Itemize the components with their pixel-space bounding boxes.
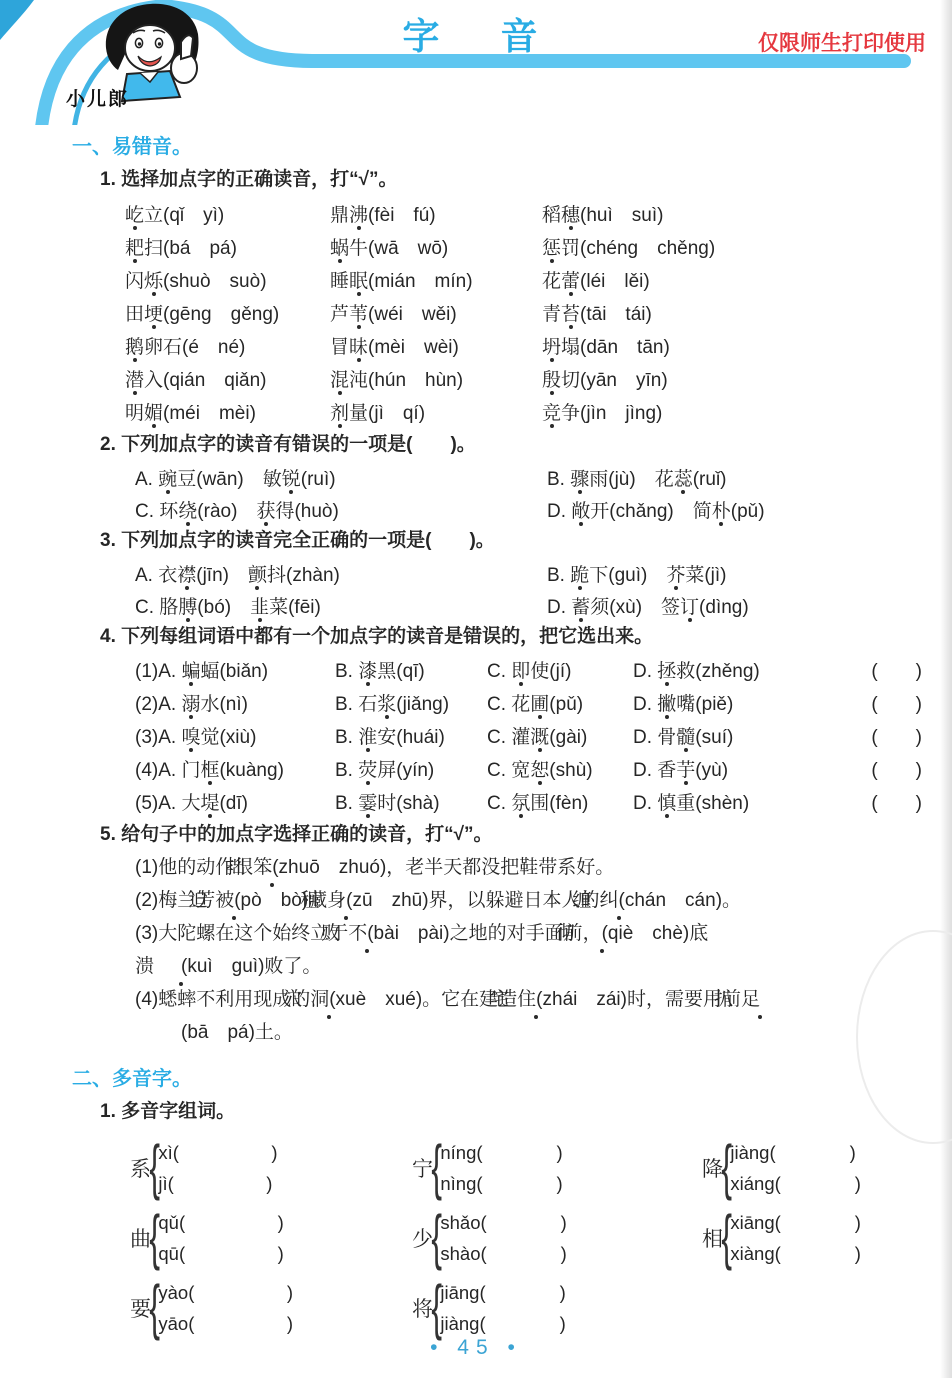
- dotted-char: 殷: [542, 365, 561, 392]
- dotted-char: 朴: [712, 496, 731, 523]
- q4-row: (1)A. 蝙蝠(biǎn) B. 漆黑(qī) C. 即使(jí) D. 拯救…: [135, 653, 922, 686]
- word-item: 坍塌(dān tān): [542, 332, 922, 359]
- option-item: A. 衣襟(jīn) 颤抖(zhàn): [135, 560, 547, 587]
- dotted-char: 撇: [657, 689, 676, 716]
- q4-option-d: D. 骨髓(suí): [633, 722, 850, 749]
- answer-blank: ( ): [850, 722, 922, 749]
- dotted-char: 霎: [358, 788, 377, 815]
- dotted-char: 漆: [358, 656, 377, 683]
- option-item: B. 骤雨(jù) 花蕊(ruǐ): [547, 464, 922, 491]
- polyphone-char: 相: [702, 1223, 723, 1253]
- dotted-char: 耙: [125, 233, 144, 260]
- dotted-char: 荧: [358, 755, 377, 782]
- worksheet-body: 一、易错音。 1. 选择加点字的正确读音，打“√”。 屹立(qǐ yì)鼎沸(f…: [0, 125, 952, 1339]
- sentence-item: (1)他的动作很笨拙(zhuō zhuó)，老半天都没把鞋带系好。: [135, 851, 922, 884]
- dotted-char: 沸: [349, 200, 368, 227]
- option-item: C. 环绕(rào) 获得(huò): [135, 496, 547, 523]
- reading-line-1: xiāng( ): [730, 1212, 861, 1234]
- answer-blank: ( ): [850, 755, 922, 782]
- brace-glyph: [149, 1208, 160, 1269]
- option-item: B. 跪下(guì) 芥菜(jì): [547, 560, 922, 587]
- polyphone-char: 将: [412, 1293, 433, 1323]
- dotted-char: 淮: [358, 722, 377, 749]
- q1-title: 1. 选择加点字的正确读音，打“√”。: [100, 165, 922, 195]
- polyphone-group: 将 jiāng( ) jiàng( ): [412, 1277, 702, 1339]
- word-item: 混沌(hún hùn): [330, 365, 542, 392]
- dotted-char: 豌: [158, 464, 177, 491]
- q4-row: (2)A. 溺水(nì) B. 石浆(jiǎng) C. 花圃(pǔ) D. 撇…: [135, 686, 922, 719]
- dotted-char: 襟: [177, 560, 196, 587]
- q4-option-a: (2)A. 溺水(nì): [135, 689, 335, 716]
- dotted-char: 恕: [530, 755, 549, 782]
- reading-line-1: níng( ): [440, 1142, 562, 1164]
- polyphone-char: 曲: [130, 1223, 151, 1253]
- word-item: 冒昧(mèi wèi): [330, 332, 542, 359]
- q4-option-a: (4)A. 门框(kuàng): [135, 755, 335, 782]
- word-item: 鹅卵石(é né): [125, 332, 330, 359]
- dotted-char: 剂: [330, 398, 349, 425]
- dotted-char: 鹅: [125, 332, 144, 359]
- brace-glyph: [431, 1208, 442, 1269]
- brace-glyph: [149, 1138, 160, 1199]
- polyphone-group: 相 xiāng( ) xiàng( ): [702, 1207, 922, 1269]
- q2-options: A. 豌豆(wān) 敏锐(ruì)B. 骤雨(jù) 花蕊(ruǐ)C. 环绕…: [135, 461, 922, 525]
- polyphone-char: 少: [412, 1223, 433, 1253]
- page-edge-shadow: [940, 0, 952, 1378]
- dotted-char: 即: [511, 656, 530, 683]
- word-item: 青苔(tāi tái): [542, 299, 922, 326]
- answer-blank: ( ): [850, 656, 922, 683]
- dotted-char: 锐: [282, 464, 301, 491]
- word-item: 潜入(qián qiǎn): [125, 365, 330, 392]
- q2-title: 2. 下列加点字的读音有错误的一项是( )。: [100, 430, 922, 460]
- q4-option-c: C. 宽恕(shù): [487, 755, 633, 782]
- dotted-char: 髓: [676, 722, 695, 749]
- dotted-char: 拯: [657, 656, 676, 683]
- dotted-char: 膊: [178, 592, 197, 619]
- dotted-char: 屹: [125, 200, 144, 227]
- dotted-char: 惩: [542, 233, 561, 260]
- q4-title: 4. 下列每组词语中都有一个加点字的读音是错误的，把它选出来。: [100, 622, 922, 652]
- q4-option-b: B. 荧屏(yín): [335, 755, 487, 782]
- q4-option-a: (5)A. 大堤(dī): [135, 788, 335, 815]
- page-header: 字 音 仅限师生打印使用 小儿郎: [0, 0, 952, 125]
- worksheet-page: 字 音 仅限师生打印使用 小儿郎 一、易错音。 1. 选择加点字的正确读音，打“…: [0, 0, 952, 1378]
- section2-heading: 二、多音字。: [72, 1065, 922, 1093]
- sentence-item: (3)大陀螺在这个始终立于不败(bài pài)之地的对手面前，彻(qiè ch…: [135, 917, 922, 983]
- q4-option-b: B. 霎时(shà): [335, 788, 487, 815]
- q4-option-c: C. 即使(jí): [487, 656, 633, 683]
- dotted-char: 坍: [542, 332, 561, 359]
- option-item: D. 蓄须(xù) 签订(dìng): [547, 592, 922, 619]
- page-number: • 45 •: [0, 1336, 952, 1360]
- sentence-item: (4)蟋蟀不利用现成的洞穴(xuè xué)。它在建造住宅(zhái zái)时…: [135, 983, 922, 1049]
- dotted-char: 媚: [144, 398, 163, 425]
- polyphone-group: 少 shǎo( ) shào( ): [412, 1207, 702, 1269]
- q4-option-a: (3)A. 嗅觉(xiù): [135, 722, 335, 749]
- reading-line-1: jiāng( ): [440, 1282, 565, 1304]
- dotted-char: 昧: [349, 332, 368, 359]
- brace-glyph: [431, 1138, 442, 1199]
- polyphone-char: 宁: [412, 1153, 433, 1183]
- reading-line-1: xì( ): [158, 1142, 277, 1164]
- reading-line-1: yào( ): [158, 1282, 293, 1304]
- page-footer: • 45 •: [0, 1336, 952, 1360]
- polyphone-group: 曲 qǔ( ) qū( ): [130, 1207, 412, 1269]
- reading-line-2: nìng( ): [440, 1173, 562, 1195]
- dotted-char: 获: [256, 496, 275, 523]
- reading-line-2: qū( ): [158, 1243, 283, 1265]
- q4-row: (5)A. 大堤(dī) B. 霎时(shà) C. 氛围(fèn) D. 慎重…: [135, 785, 922, 818]
- word-item: 剂量(jì qí): [330, 398, 542, 425]
- polyphone-char: 要: [130, 1293, 151, 1323]
- dotted-char: 苇: [349, 299, 368, 326]
- dotted-char: 框: [200, 755, 219, 782]
- dotted-char: 订: [680, 592, 699, 619]
- dotted-char: 颤: [248, 560, 267, 587]
- word-item: 花蕾(léi lěi): [542, 266, 922, 293]
- word-item: 竞争(jìn jìng): [542, 398, 922, 425]
- section1-heading: 一、易错音。: [72, 133, 922, 161]
- brace-glyph: [149, 1278, 160, 1339]
- word-item: 明媚(méi mèi): [125, 398, 330, 425]
- dotted-char: 跪: [570, 560, 589, 587]
- dotted-char: 圃: [530, 689, 549, 716]
- word-item: 蜗牛(wā wō): [330, 233, 542, 260]
- q4-rows: (1)A. 蝙蝠(biǎn) B. 漆黑(qī) C. 即使(jí) D. 拯救…: [135, 653, 922, 818]
- dotted-char: 烁: [144, 266, 163, 293]
- q5-sentences: (1)他的动作很笨拙(zhuō zhuó)，老半天都没把鞋带系好。(2)梅兰芳被…: [135, 851, 922, 1049]
- q4-option-a: (1)A. 蝙蝠(biǎn): [135, 656, 335, 683]
- sentence-item: (2)梅兰芳被迫(pò bò)藏身租(zū zhū)界，以躲避日本人的纠缠(ch…: [135, 884, 922, 917]
- dotted-char: 埂: [144, 299, 163, 326]
- dotted-char: 潜: [125, 365, 144, 392]
- mascot-label: 小儿郎: [66, 84, 129, 111]
- option-item: D. 敞开(chǎng) 简朴(pǔ): [547, 496, 922, 523]
- reading-line-2: yāo( ): [158, 1313, 293, 1335]
- polyphone-group: 系 xì( ) jì( ): [130, 1137, 412, 1199]
- answer-blank: ( ): [850, 788, 922, 815]
- q3-options: A. 衣襟(jīn) 颤抖(zhàn)B. 跪下(guì) 芥菜(jì)C. 胳…: [135, 557, 922, 621]
- reading-line-1: qǔ( ): [158, 1212, 283, 1234]
- dotted-char: 溉: [530, 722, 549, 749]
- q4-option-d: D. 香芋(yù): [633, 755, 850, 782]
- dotted-char: 蜗: [330, 233, 349, 260]
- q4-option-b: B. 淮安(huái): [335, 722, 487, 749]
- dotted-char: 骤: [570, 464, 589, 491]
- dotted-char: 竞: [542, 398, 561, 425]
- reading-line-2: xiáng( ): [730, 1173, 861, 1195]
- word-item: 鼎沸(fèi fú): [330, 200, 542, 227]
- q1-word-list: 屹立(qǐ yì)鼎沸(fèi fú)稻穗(huì suì)耙扫(bá pá)蜗…: [125, 197, 922, 428]
- print-notice: 仅限师生打印使用: [758, 27, 926, 57]
- word-item: 田埂(gēng gěng): [125, 299, 330, 326]
- word-item: 稻穗(huì suì): [542, 200, 922, 227]
- dotted-char: 溺: [181, 689, 200, 716]
- dotted-char: 绕: [178, 496, 197, 523]
- dotted-char: 混: [330, 365, 349, 392]
- q4-option-b: B. 漆黑(qī): [335, 656, 487, 683]
- reading-line-2: jiàng( ): [440, 1313, 565, 1335]
- q4-option-c: C. 灌溉(gài): [487, 722, 633, 749]
- polyphone-groups: 系 xì( ) jì( ) 宁 níng( ) nìng( ): [130, 1137, 922, 1339]
- dotted-char: 芋: [676, 755, 695, 782]
- section2-q1-title: 1. 多音字组词。: [100, 1097, 922, 1127]
- brace-glyph: [721, 1138, 732, 1199]
- brace-glyph: [431, 1278, 442, 1339]
- word-item: 闪烁(shuò suò): [125, 266, 330, 293]
- dotted-char: 蕾: [561, 266, 580, 293]
- q3-title: 3. 下列加点字的读音完全正确的一项是( )。: [100, 526, 922, 556]
- q4-option-d: D. 慎重(shèn): [633, 788, 850, 815]
- q5-title: 5. 给句子中的加点字选择正确的读音，打“√”。: [100, 820, 922, 850]
- q4-option-d: D. 拯救(zhěng): [633, 656, 850, 683]
- dotted-char: 苔: [561, 299, 580, 326]
- q4-option-c: C. 氛围(fèn): [487, 788, 633, 815]
- reading-line-2: jì( ): [158, 1173, 277, 1195]
- word-item: 睡眠(mián mín): [330, 266, 542, 293]
- polyphone-group: 要 yào( ) yāo( ): [130, 1277, 412, 1339]
- polyphone-char: 降: [702, 1153, 723, 1183]
- word-item: 惩罚(chéng chěng): [542, 233, 922, 260]
- dotted-char: 慎: [657, 788, 676, 815]
- answer-blank: ( ): [850, 689, 922, 716]
- dotted-char: 蕊: [674, 464, 693, 491]
- polyphone-group: 降 jiàng( ) xiáng( ): [702, 1137, 922, 1199]
- q4-option-d: D. 撇嘴(piě): [633, 689, 850, 716]
- option-item: C. 胳膊(bó) 韭菜(fēi): [135, 592, 547, 619]
- brace-glyph: [721, 1208, 732, 1269]
- q4-row: (3)A. 嗅觉(xiù) B. 淮安(huái) C. 灌溉(gài) D. …: [135, 719, 922, 752]
- dotted-char: 蝙: [181, 656, 200, 683]
- word-item: 殷切(yān yīn): [542, 365, 922, 392]
- dotted-char: 堤: [200, 788, 219, 815]
- q4-option-b: B. 石浆(jiǎng): [335, 689, 487, 716]
- word-item: 芦苇(wéi wěi): [330, 299, 542, 326]
- word-item: 耙扫(bá pá): [125, 233, 330, 260]
- polyphone-group: 宁 níng( ) nìng( ): [412, 1137, 702, 1199]
- dotted-char: 眠: [349, 266, 368, 293]
- q4-option-c: C. 花圃(pǔ): [487, 689, 633, 716]
- dotted-char: 敞: [571, 496, 590, 523]
- dotted-char: 嗅: [181, 722, 200, 749]
- dotted-char: 浆: [377, 689, 396, 716]
- dotted-char: 穗: [561, 200, 580, 227]
- option-item: A. 豌豆(wān) 敏锐(ruì): [135, 464, 547, 491]
- word-item: 屹立(qǐ yì): [125, 200, 330, 227]
- reading-line-2: xiàng( ): [730, 1243, 861, 1265]
- dotted-char: 芥: [666, 560, 685, 587]
- polyphone-char: 系: [130, 1153, 151, 1183]
- dotted-char: 氛: [511, 788, 530, 815]
- reading-line-1: jiàng( ): [730, 1142, 861, 1164]
- dotted-char: 韭: [250, 592, 269, 619]
- reading-line-2: shào( ): [440, 1243, 566, 1265]
- reading-line-1: shǎo( ): [440, 1212, 566, 1234]
- q4-row: (4)A. 门框(kuàng) B. 荧屏(yín) C. 宽恕(shù) D.…: [135, 752, 922, 785]
- dotted-char: 蓄: [571, 592, 590, 619]
